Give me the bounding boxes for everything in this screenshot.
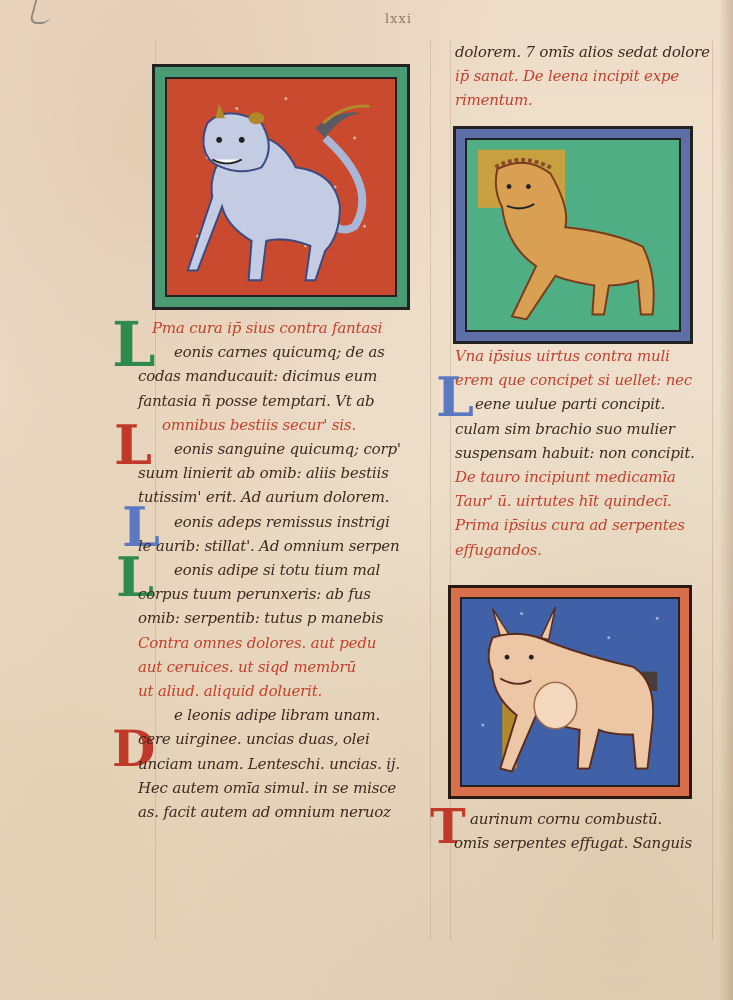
folio-number: lxxi — [385, 12, 412, 27]
text-line: omīs serpentes effugat. Sanguis — [440, 831, 720, 855]
text-line: eene uulue parti concipit. — [455, 392, 725, 416]
text-line: effugandos. — [455, 538, 725, 562]
text-line: eonis adeps remissus instrigi — [138, 510, 430, 534]
text-line: codas manducauit: dicimus eum — [138, 364, 430, 388]
text-line: tutissim' erit. Ad aurium dolorem. — [138, 485, 430, 509]
text-line: eonis adipe si totu tium mal — [138, 558, 430, 582]
text-line: suspensam habuit: non concipit. — [455, 441, 725, 465]
text-line: Contra omnes dolores. aut pedu — [138, 631, 430, 655]
text-line: omib: serpentib: tutus p manebis — [138, 606, 430, 630]
text-line: aut ceruices. ut siqd membrū — [138, 655, 430, 679]
text-line: Taur' ū. uirtutes hīt quindecī. — [455, 489, 725, 513]
miniature-leo — [152, 64, 410, 310]
text-line: De tauro incipiunt medicamīa — [455, 465, 725, 489]
text-line: dolorem. 7 omīs alios sedat dolore — [455, 40, 725, 64]
text-line: unciam unam. Lenteschi. uncias. ij. — [138, 752, 430, 776]
text-line: Prima ip̄sius cura ad serpentes — [455, 513, 725, 537]
text-line: e leonis adipe libram unam. — [138, 703, 430, 727]
text-line: Vna ip̄sius uirtus contra muli — [455, 344, 725, 368]
miniature-leena — [453, 126, 693, 344]
text-line: Hec autem omīa simul. in se misce — [138, 776, 430, 800]
text-line: omnibus bestiis secur' sis. — [138, 413, 430, 437]
text-line: ip̄ sanat. De leena incipit expe — [455, 64, 725, 88]
miniature-taurus — [448, 585, 692, 799]
text-line: cere uirginee. uncias duas, olei — [138, 727, 430, 751]
lioness-illustration — [467, 140, 679, 330]
lion-beast-illustration — [167, 79, 395, 295]
text-line: corpus tuum perunxeris: ab fus — [138, 582, 430, 606]
bull-illustration — [462, 599, 678, 785]
text-line: suum linierit ab omib: aliis bestiis — [138, 461, 430, 485]
text-line: Pma cura ip̄ sius contra fantasi — [138, 316, 430, 340]
right-text-column-top: dolorem. 7 omīs alios sedat dolore ip̄ s… — [455, 40, 725, 113]
miniature-leo-field — [165, 77, 397, 297]
text-line: fantasia ñ posse temptari. Vt ab — [138, 389, 430, 413]
text-line: as. facit autem ad omnium neruoz — [138, 800, 430, 824]
manuscript-page: lxxi — [0, 0, 733, 1000]
text-line: rimentum. — [455, 88, 725, 112]
left-text-column: Pma cura ip̄ sius contra fantasi eonis c… — [138, 316, 430, 824]
miniature-leena-field — [465, 138, 681, 332]
miniature-taurus-field — [460, 597, 680, 787]
text-line: aurinum cornu combustū. — [440, 807, 720, 831]
text-line: eonis sanguine quicumq; corp' — [138, 437, 430, 461]
text-line: erem que concipet si uellet: nec — [455, 368, 725, 392]
text-line: eonis carnes quicumq; de as — [138, 340, 430, 364]
text-line: culam sim brachio suo mulier — [455, 417, 725, 441]
corner-pen-mark — [29, 0, 55, 24]
text-line: ut aliud. aliquid doluerit. — [138, 679, 430, 703]
right-text-column-middle: Vna ip̄sius uirtus contra muli erem que … — [455, 344, 725, 562]
text-line: le aurib: stillat'. Ad omnium serpen — [138, 534, 430, 558]
right-text-column-bottom: aurinum cornu combustū. omīs serpentes e… — [440, 807, 720, 855]
